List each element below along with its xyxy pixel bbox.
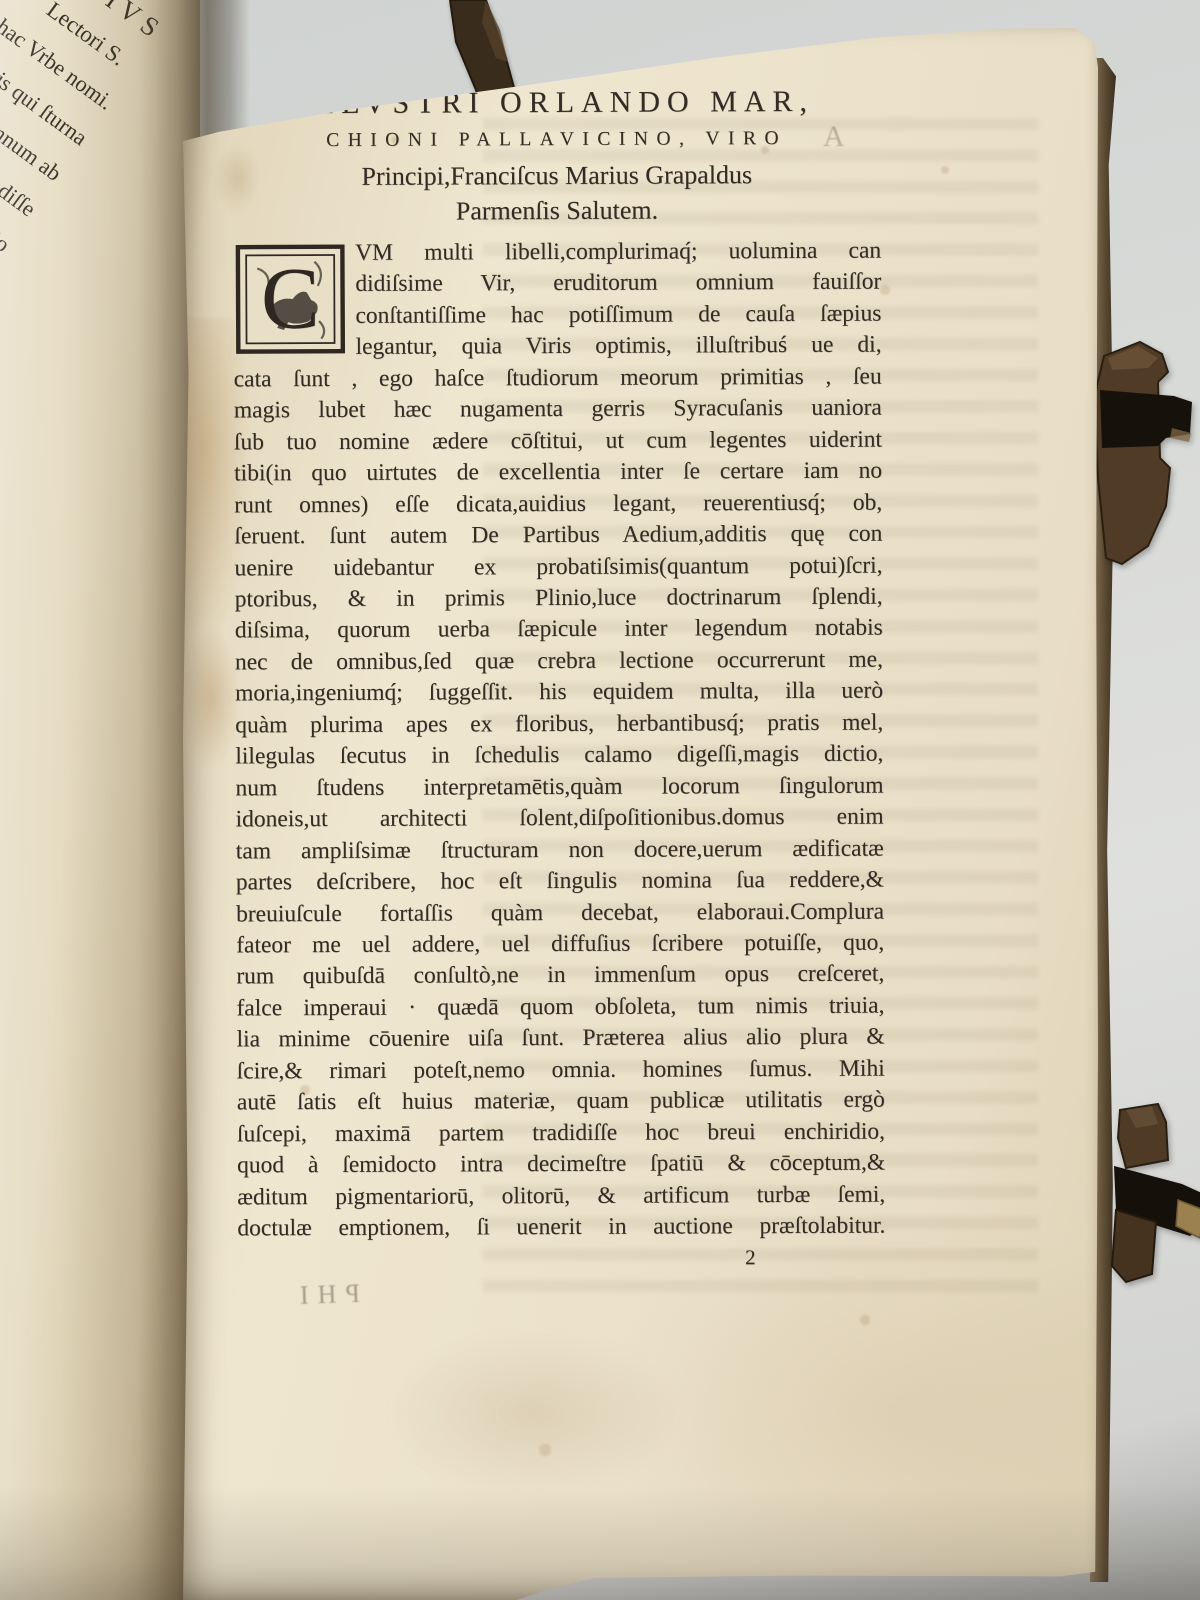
dedication-heading-line: CHIONI PALLAVICINO, VIRO: [233, 122, 881, 158]
body-line: idoneis,ut architecti ſolent,diſpoſition…: [236, 802, 884, 836]
body-line: partes deſcribere, hoc eſt ſingulis nomi…: [236, 865, 884, 899]
body-line: uenire uidebantur ex probatiſsimis(quant…: [234, 550, 882, 584]
body-line: ptoribus, & in primis Plinio,luce doctri…: [235, 582, 883, 616]
stain: [383, 1328, 683, 1498]
right-page: A PHI ILLVSTRI ORLANDO MAR,CHIONI PALLAV…: [183, 28, 1098, 1600]
body-line: nec de omnibus,ſed quæ crebra lectione o…: [235, 644, 883, 678]
stain: [181, 628, 241, 768]
body-line: ſcire,& rimari poteſt,nemo omnia. homine…: [237, 1053, 885, 1087]
woodcut-initial-icon: C: [235, 244, 345, 354]
dedication-heading: ILLVSTRI ORLANDO MAR,CHIONI PALLAVICINO,…: [232, 82, 881, 229]
body-line: falce imperaui · quædā quom obſoleta, tu…: [236, 990, 884, 1024]
dedication-text-block: ILLVSTRI ORLANDO MAR,CHIONI PALLAVICINO,…: [232, 82, 885, 1272]
body-line: fateor me uel addere, uel diffuſius ſcri…: [236, 928, 884, 962]
body-line: runt omnes) eſſe dicata,auidius legant, …: [234, 487, 882, 521]
signature-mark: 2: [237, 1244, 885, 1272]
body-line: magis lubet hæc nugamenta gerris Syracuſ…: [234, 393, 882, 427]
body-line: quod à ſemidocto intra decimeſtre ſpatiū…: [237, 1148, 885, 1182]
body-line: ſub tuo nomine ædere cōſtitui, ut cum le…: [234, 424, 882, 458]
body-line: breuiuſcule fortaſſis quàm decebat, elab…: [236, 896, 884, 930]
body-line: moria,ingeniumq́; ſuggeſſit. his equidem…: [235, 676, 883, 710]
first-paragraph: C VM multi libelli,complurimaq́; uolumin…: [233, 236, 882, 365]
book-clasp-upper-icon: [1088, 338, 1198, 573]
body-line: lia minime cōuenire uiſa ſunt. Præterea …: [237, 1022, 885, 1056]
body-line: æditum pigmentariorū, olitorū, & artific…: [237, 1179, 885, 1213]
body-line: ſuſcepi, maximā partem tradidiſſe hoc br…: [237, 1116, 885, 1150]
book-clasp-lower-icon: [1086, 1098, 1200, 1298]
book-photo: MARIVS Lectori S. mi in hac Vrbe nomi.ar…: [0, 0, 1200, 1600]
dedication-heading-line: Parmenſis Salutem.: [233, 193, 881, 229]
body-line: rum quibuſdā conſultò,ne in immenſum opu…: [236, 959, 884, 993]
body-line: autē ſatis eſt huius materiæ, quam publi…: [237, 1085, 885, 1119]
body-line: tibi(in quo uirtutes de excellentia inte…: [234, 456, 882, 490]
body-line: doctulæ emptionem, ſi uenerit in auction…: [237, 1211, 885, 1245]
body-line: lilegulas ſecutus in ſchedulis calamo di…: [235, 739, 883, 773]
showthrough-mark: PHI: [290, 1279, 360, 1311]
body-line: tam ampliſsimæ ſtructuram non docere,uer…: [236, 833, 884, 867]
body-line: quàm plurima apes ex floribus, herbantib…: [235, 707, 883, 741]
body-line: num ſtudens interpretamētis,quàm locorum…: [235, 770, 883, 804]
body-line: cata ſunt , ego haſce ſtudiorum meorum p…: [234, 361, 882, 395]
body-line: ſeruent. ſunt autem De Partibus Aedium,a…: [234, 519, 882, 553]
body-line: diſsima, quorum uerba ſæpicule inter leg…: [235, 613, 883, 647]
dedication-heading-line: Principi,Franciſcus Marius Grapaldus: [233, 157, 881, 196]
body-lines: cata ſunt , ego haſce ſtudiorum meorum p…: [234, 361, 886, 1245]
dedication-heading-line: ILLVSTRI ORLANDO MAR,: [232, 82, 880, 125]
left-page-lines: mi in hac Vrbe nomi.aribusq́; alijs qui …: [0, 0, 123, 728]
